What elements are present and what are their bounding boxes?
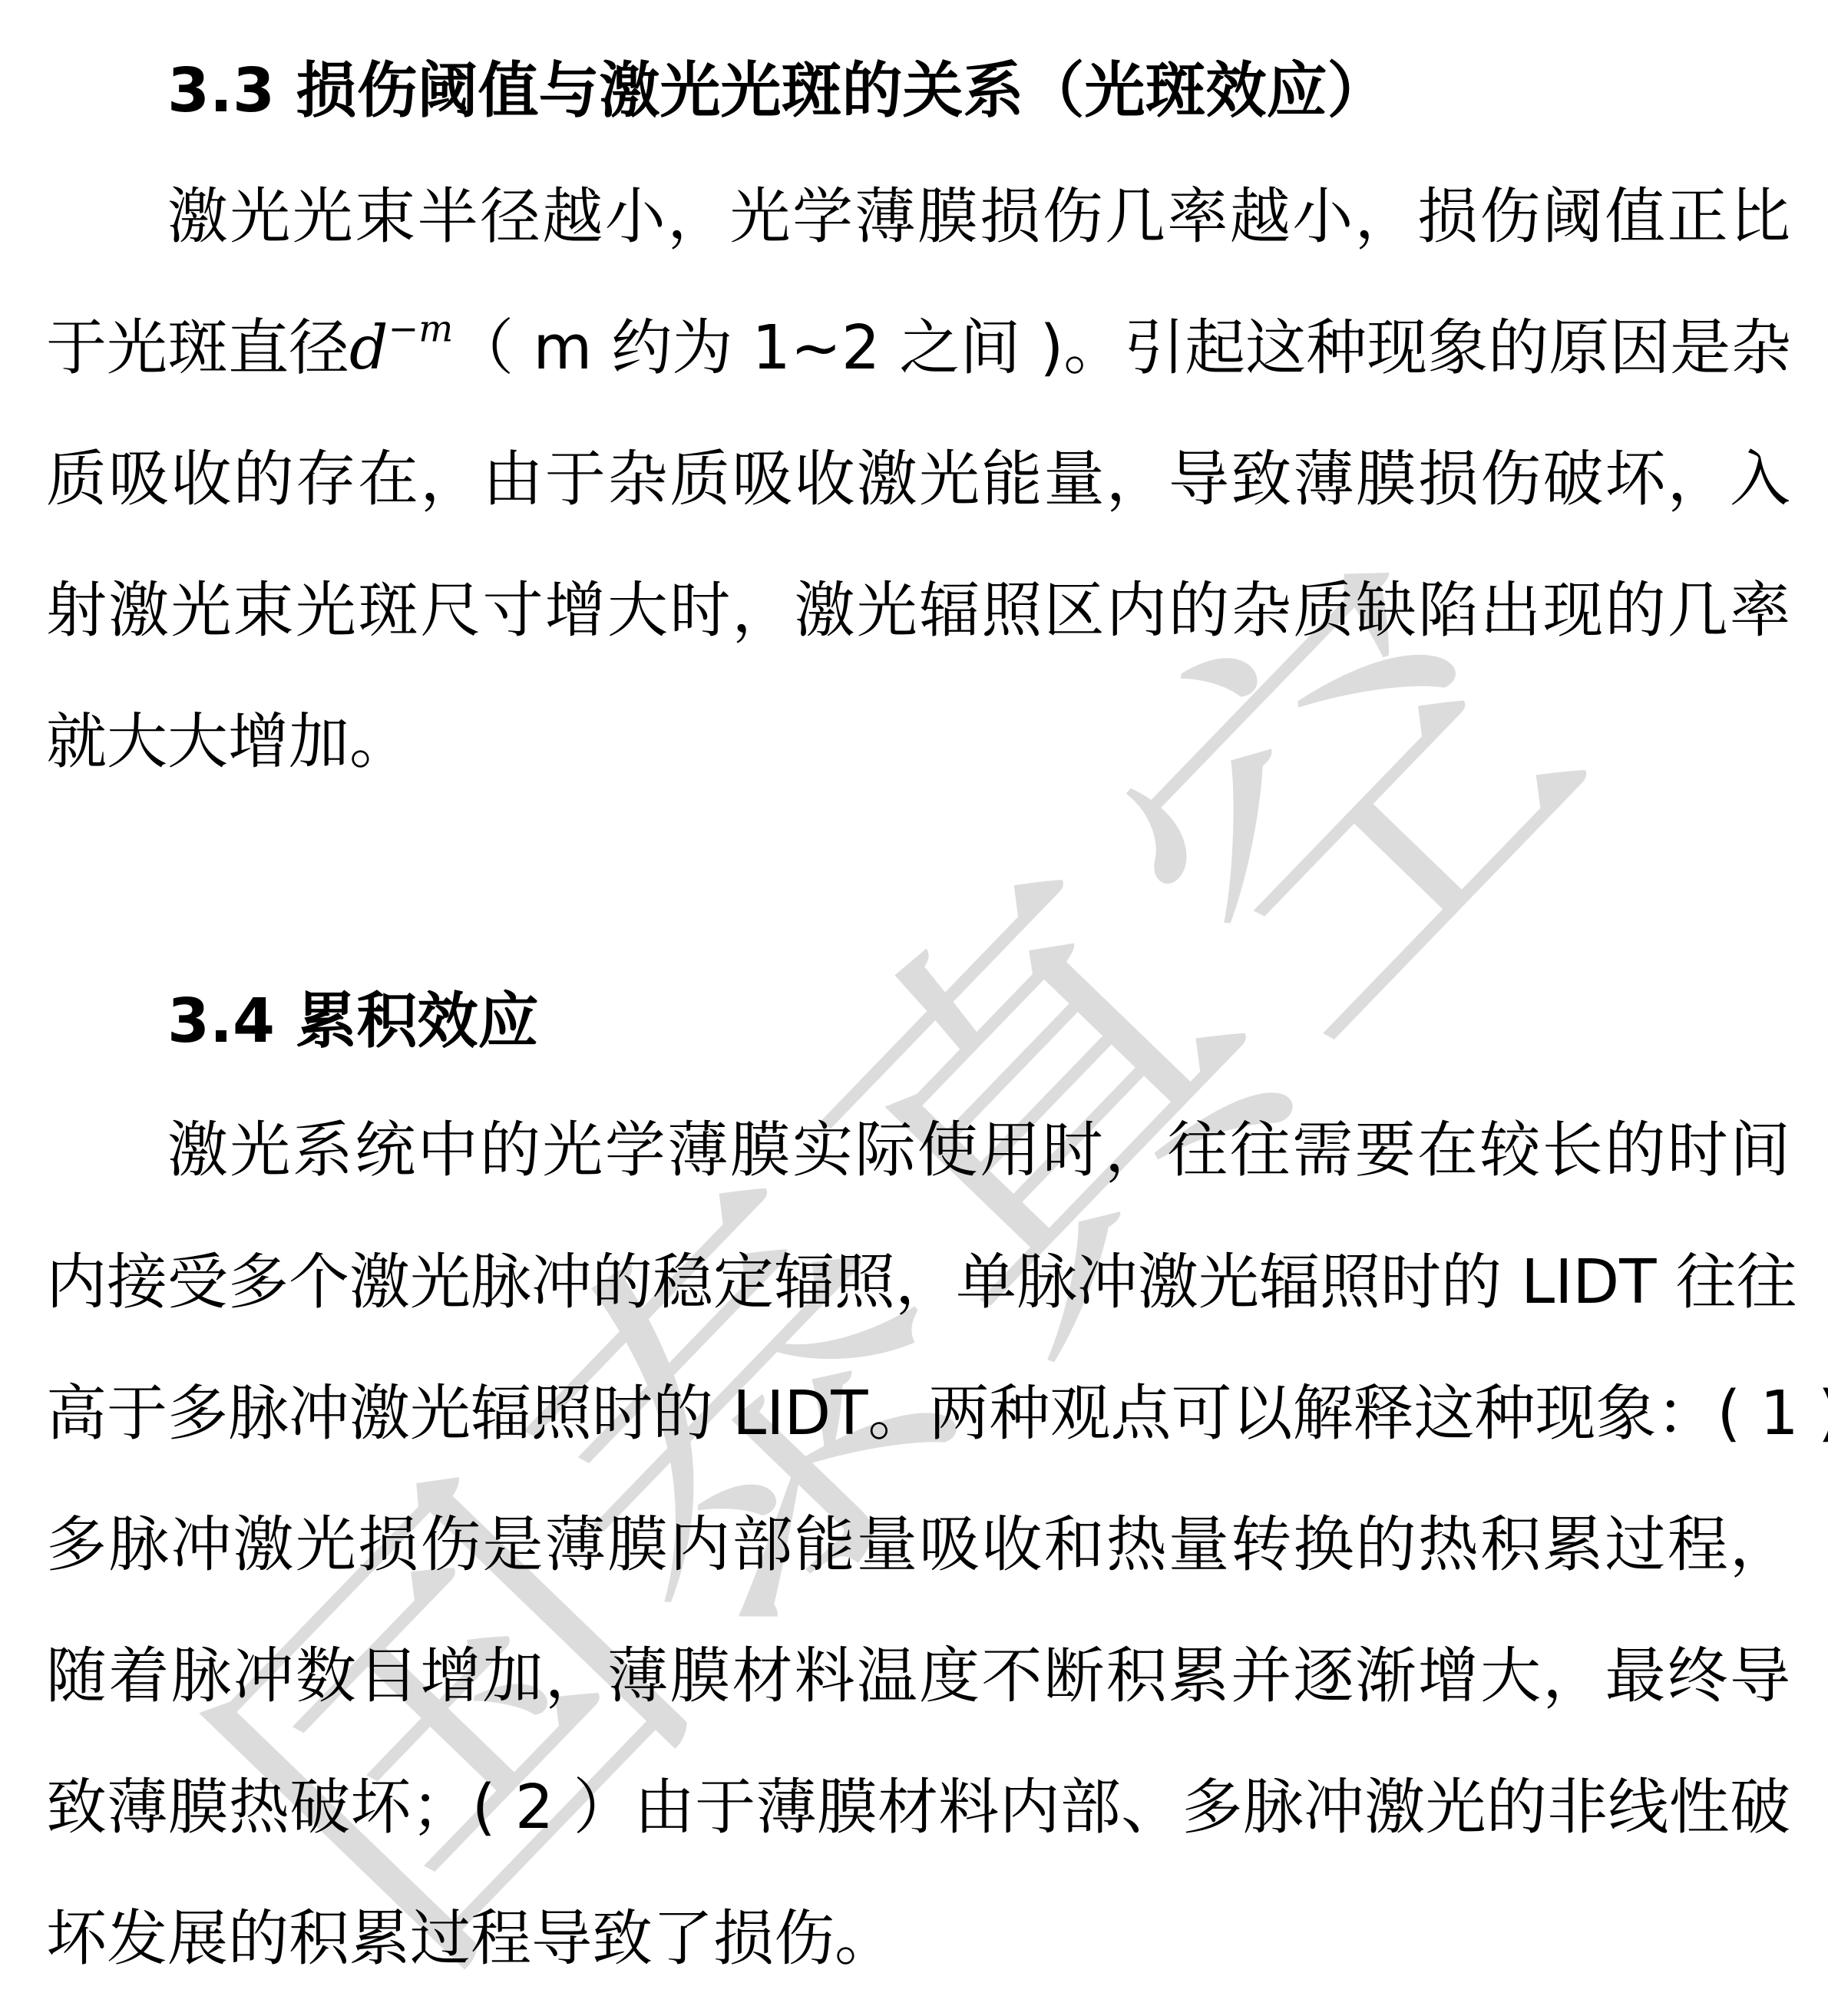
paragraph-line: 内接受多个激光脉冲的稳定辐照，单脉冲激光辐照时的 LIDT 往往 [46, 1244, 1790, 1320]
paragraph-line-with-formula: 于光斑直径d−m（ m 约为 1~2 之间 )。引起这种现象的原因是杂 [46, 309, 1790, 386]
paragraph-line: 多脉冲激光损伤是薄膜内部能量吸收和热量转换的热积累过程， [46, 1506, 1790, 1583]
paragraph-line: 射激光束光斑尺寸增大时，激光辐照区内的杂质缺陷出现的几率 [46, 572, 1790, 649]
paragraph-line: 激光光束半径越小，光学薄膜损伤几率越小，损伤阈值正比 [167, 178, 1790, 255]
paragraph-line: 高于多脉冲激光辐照时的 LIDT。两种观点可以解释这种现象：( 1 ) [46, 1375, 1790, 1452]
line-text-after-formula: （ m 约为 1~2 之间 )。引起这种现象的原因是杂 [453, 312, 1791, 383]
document-page: 国泰真空 3.3 损伤阈值与激光光斑的关系（光斑效应） 激光光束半径越小，光学薄… [0, 0, 1828, 2016]
formula-base: d [349, 312, 388, 383]
paragraph-line: 坏发展的积累过程导致了损伤。 [46, 1900, 1790, 1977]
paragraph-line: 就大大增加。 [46, 703, 1790, 780]
paragraph-line: 随着脉冲数目增加，薄膜材料温度不断积累并逐渐增大，最终导 [46, 1638, 1790, 1714]
section-heading-3-3: 3.3 损伤阈值与激光光斑的关系（光斑效应） [167, 52, 1387, 129]
line-text-before-formula: 于光斑直径 [46, 312, 349, 383]
paragraph-line: 质吸收的存在，由于杂质吸收激光能量，导致薄膜损伤破坏，入 [46, 441, 1790, 517]
paragraph-line: 激光系统中的光学薄膜实际使用时，往往需要在较长的时间 [167, 1112, 1790, 1188]
section-heading-3-4: 3.4 累积效应 [167, 983, 538, 1059]
formula-exponent: −m [388, 308, 454, 350]
paragraph-line: 致薄膜热破坏；( 2 ）由于薄膜材料内部、多脉冲激光的非线性破 [46, 1769, 1790, 1846]
formula-d-power-minus-m: d−m [349, 312, 453, 383]
